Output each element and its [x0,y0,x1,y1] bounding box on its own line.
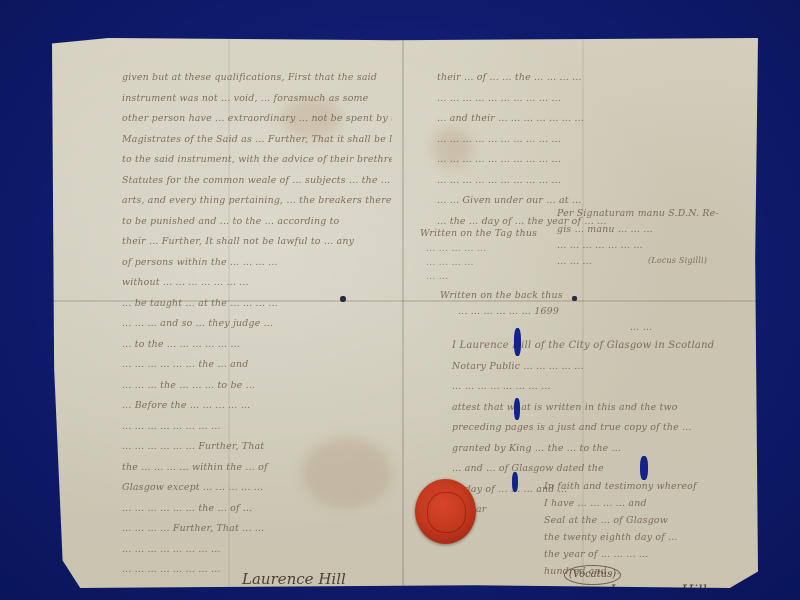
left-signature: Laurence Hill [242,570,346,588]
text-line: I have ... ... ... ... and [544,495,734,512]
text-line: ... ... ... ... ... ... Further, That [122,437,392,458]
text-line: ... ... [420,270,570,284]
text-line: granted by King ... the ... to the ... [452,439,742,460]
text-line: ... and their ... ... ... ... ... ... ..… [437,109,737,130]
text-line: ... be taught ... at the ... ... ... ... [122,294,392,315]
right-signature: Laurence Hill [610,583,707,599]
text-line: without ... ... ... ... ... ... ... [122,273,392,294]
text-line: ... ... ... ... ... ... ... ... ... ... [437,130,737,151]
text-line: their ... Further, It shall not be lawfu… [122,232,392,253]
text-line: given but at these qualifications, First… [122,68,392,89]
text-line: ... ... ... ... ... ... ... ... [122,540,392,561]
text-line: Written on the Tag thus [420,225,570,242]
text-line: ... ... ... ... ... [420,242,570,256]
text-line: to the said instrument, with the advice … [122,150,392,171]
ink-spot [572,296,577,301]
text-line: the ... ... ... ... within the ... of [122,458,392,479]
text-line: Statutes for the common weale of ... sub… [122,171,392,192]
text-line: ... ... ... ... ... ... 1699 [440,304,700,320]
text-line: ... ... ... the ... ... ... to be ... [122,376,392,397]
written-on-back-block: Written on the back thus ... ... ... ...… [440,288,700,336]
text-line: Glasgow except ... ... ... ... ... [122,478,392,499]
puncture-hole [514,328,521,356]
text-line: ... ... ... ... ... ... ... ... [452,377,742,398]
notary-mark: (Vocatus) [564,565,621,585]
text-line: attest that what is written in this and … [452,398,742,419]
text-line: preceding pages is a just and true copy … [452,418,742,439]
text-line: other person have ... extraordinary ... … [122,109,392,130]
text-line: ... Before the ... ... ... ... ... [122,396,392,417]
text-line: gis ... manu ... ... ... [557,222,742,238]
text-line: ... ... ... ... ... ... the ... and [122,355,392,376]
text-line: the twenty eighth day of ... [544,529,734,546]
written-on-tag-block: Written on the Tag thus ... ... ... ... … [420,225,570,284]
text-line: ... ... ... ... Further, That ... ... [122,519,392,540]
text-line: Per Signaturam manu S.D.N. Re- [557,206,742,222]
text-line: ... and ... of Glasgow dated the [452,459,742,480]
text-line: their ... of ... ... the ... ... ... ... [437,68,737,89]
witness-clause: In faith and testimony whereof I have ..… [544,478,734,580]
text-line: ... ... ... ... ... ... the ... of ... [122,499,392,520]
left-page-text: given but at these qualifications, First… [122,68,392,581]
text-line: Written on the back thus [440,288,700,304]
text-line: ... to the ... ... ... ... ... ... [122,335,392,356]
center-fold [402,38,404,588]
text-line: the year of ... ... ... ... [544,546,734,563]
text-line: ... ... ... ... ... ... ... ... [122,417,392,438]
text-line: ... ... ... ... [420,256,570,270]
text-line: Magistrates of the Said as ... Further, … [122,130,392,151]
text-line: ... ... [440,320,700,336]
ink-spot [340,296,346,302]
puncture-hole [640,456,648,480]
seal-impression [427,492,466,533]
manuscript-paper: given but at these qualifications, First… [52,38,758,588]
text-line: I Laurence Hill of the City of Glasgow i… [452,336,742,357]
text-line: ... ... ... ... ... ... ... ... ... ... [437,171,737,192]
text-line: Notary Public ... ... ... ... ... [452,357,742,378]
text-line: of persons within the ... ... ... ... [122,253,392,274]
puncture-hole [514,398,520,420]
red-wax-seal [415,479,476,544]
text-line: Seal at the ... of Glasgow [544,512,734,529]
text-line: to be punished and ... to the ... accord… [122,212,392,233]
text-line: In faith and testimony whereof [544,478,734,495]
text-line: ... ... ... ... ... ... ... ... ... ... [437,150,737,171]
text-line: ... ... ... ... ... ... ... ... ... ... [437,89,737,110]
text-line: arts, and every thing pertaining, ... th… [122,191,392,212]
text-line: instrument was not ... void, ... forasmu… [122,89,392,110]
locus-sigilli-note: (Locus Sigilli) [648,251,707,272]
text-line: ... ... ... and so ... they judge ... [122,314,392,335]
puncture-hole [512,472,518,492]
